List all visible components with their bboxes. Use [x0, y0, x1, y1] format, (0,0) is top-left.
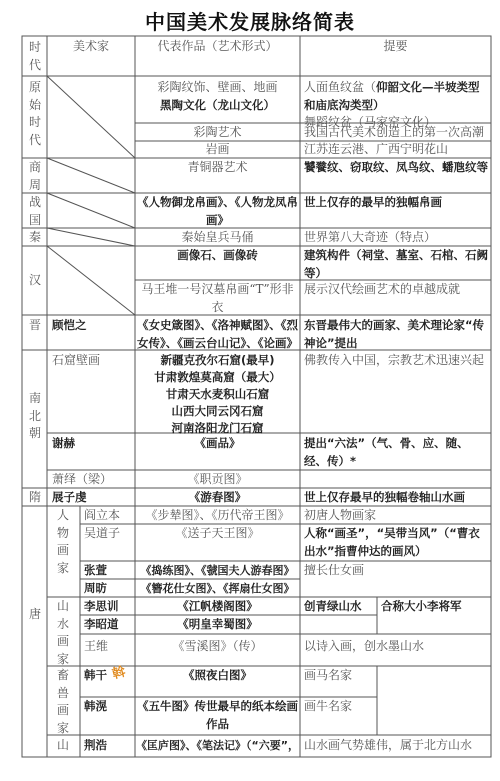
artist-zhoufang: 周昉 — [84, 580, 134, 598]
summary-jinghao: 山水画气势雄伟，属于北方山水 — [304, 737, 490, 755]
summary-wudaozi: 人称“画圣”，“吴带当风”（“曹衣出水”指曹仲达的画风） — [304, 525, 490, 560]
header-summary: 提要 — [300, 38, 491, 56]
summary-yanhua: 江苏连云港、广西宁明花山 — [304, 141, 490, 159]
era-han: 汉 — [28, 272, 42, 290]
artist-cave: 石窟壁画 — [52, 352, 134, 370]
era-jin: 晋 — [28, 317, 42, 335]
work-jin: 《女史箴图》、《洛神赋图》、《烈女传》、《画云台山记》、《论画》 — [137, 317, 298, 352]
era-shangzhou: 商周 — [28, 159, 42, 194]
work-cave-1: 新疆克孜尔石窟(最早) — [135, 352, 300, 370]
artist-yanliben: 阎立本 — [84, 507, 134, 525]
summary-han-1: 建筑构件（祠堂、墓室、石棺、石阙等） — [304, 247, 490, 282]
work-qin: 秦始皇兵马俑 — [135, 229, 300, 247]
summary-shangzhou: 饕餮纹、窃取纹、凤鸟纹、蟠虺纹等 — [304, 159, 490, 177]
group-figure: 人物画家 — [56, 507, 70, 577]
era-sui: 隋 — [28, 489, 42, 507]
work-cave-2: 甘肃敦煌莫高窟（最大） — [135, 369, 300, 387]
summary-yanliben: 初唐人物画家 — [304, 507, 490, 525]
work-hangan: 《照夜白图》 — [135, 667, 300, 685]
work-zhanguo: 《人物御龙帛画》、《人物龙凤帛画》 — [137, 194, 298, 229]
summary-cave: 佛教传入中国，宗教艺术迅速兴起 — [304, 352, 490, 370]
era-yuanshi: 原始时代 — [28, 79, 42, 149]
header-artist: 美术家 — [47, 38, 135, 56]
artist-lisixun: 李思训 — [84, 598, 134, 616]
summary-lisixun: 创青绿山水 — [304, 598, 376, 616]
summary-caitao-art: 我国古代美术创造上的第一次高潮 — [304, 124, 490, 142]
work-yanhua: 岩画 — [135, 141, 300, 159]
header-era: 时代 — [28, 39, 42, 74]
work-hanhuang: 《五牛图》传世最早的纸本绘画作品 — [137, 698, 298, 733]
work-zhigongtu: 《职贡图》 — [135, 471, 300, 489]
work-han-1: 画像石、画像砖 — [135, 247, 300, 265]
work-lizhaodao: 《明皇幸蜀图》 — [135, 616, 300, 634]
work-caitao: 彩陶纹饰、壁画、地画 — [135, 79, 300, 97]
artist-xiaoyi: 萧绎（梁） — [52, 471, 134, 489]
note-dali: 合称大小李将军 — [381, 598, 489, 616]
work-zhoufang: 《簪花仕女图》、《挥扇仕女图》 — [135, 580, 300, 598]
group-shan: 山 — [56, 737, 70, 755]
summary-zhanguo: 世上仅存的最早的独幅帛画 — [304, 194, 490, 212]
artist-hanhuang: 韩滉 — [84, 698, 134, 716]
work-lisixun: 《江帆楼阁图》 — [135, 598, 300, 616]
summary-xiehe: 提出“六法”（气、骨、应、随、经、传）* — [304, 435, 490, 470]
work-caitao-art: 彩陶艺术 — [135, 124, 300, 142]
summary-jin: 东晋最伟大的画家、美术理论家“传神论”提出 — [304, 317, 490, 352]
era-qin: 秦 — [28, 229, 42, 247]
work-yanliben: 《步辇图》、《历代帝王图》 — [135, 507, 300, 525]
artist-lizhaodao: 李昭道 — [84, 616, 134, 634]
artist-xiehe: 谢赫 — [52, 435, 134, 453]
work-youchuntu: 《游春图》 — [135, 489, 300, 507]
work-bronze: 青铜器艺术 — [135, 159, 300, 177]
summary-wangwei: 以诗入画，创水墨山水 — [304, 638, 490, 656]
artist-gukaizhi: 顾恺之 — [52, 317, 134, 335]
work-heitao: 黑陶文化（龙山文化） — [135, 97, 300, 115]
summary-zhangxuan: 擅长仕女画 — [304, 562, 490, 580]
summary-hanhuang: 画牛名家 — [304, 698, 376, 716]
artist-jinghao: 荆浩 — [84, 737, 134, 755]
group-animal: 畜兽画家 — [56, 667, 70, 737]
summary-hangan: 画马名家 — [304, 667, 376, 685]
artist-zhanziqian: 展子虔 — [52, 489, 134, 507]
era-zhanguo: 战国 — [28, 194, 42, 229]
summary-sui: 世上仅存最早的独幅卷轴山水画 — [304, 489, 490, 507]
summary-qin: 世界第八大奇迹（特点） — [304, 229, 490, 247]
work-wudaozi: 《送子天王图》 — [135, 525, 300, 543]
artist-zhangxuan: 张萱 — [84, 562, 134, 580]
work-huapin: 《画品》 — [135, 435, 300, 453]
artist-wangwei: 王维 — [84, 638, 134, 656]
work-wangwei: 《雪溪图》（传） — [135, 638, 300, 656]
work-cave-3: 甘肃天水麦积山石窟 — [135, 386, 300, 404]
group-landscape: 山水画家 — [56, 598, 70, 668]
summary-han-2: 展示汉代绘画艺术的卓越成就 — [304, 281, 490, 299]
header-works: 代表作品（艺术形式） — [135, 38, 300, 56]
work-han-2: 马王堆一号汉墓帛画“T”形非衣 — [137, 281, 298, 316]
artist-wudaozi: 吴道子 — [84, 525, 134, 543]
era-nanbeichao: 南北朝 — [28, 390, 42, 443]
work-jinghao: 《匡庐图》、《笔法记》（“六要”， — [135, 737, 300, 755]
work-cave-4: 山西大同云冈石窟 — [135, 403, 300, 421]
work-zhangxuan: 《捣练图》、《虢国夫人游春图》 — [135, 562, 300, 580]
era-tang: 唐 — [28, 606, 42, 624]
